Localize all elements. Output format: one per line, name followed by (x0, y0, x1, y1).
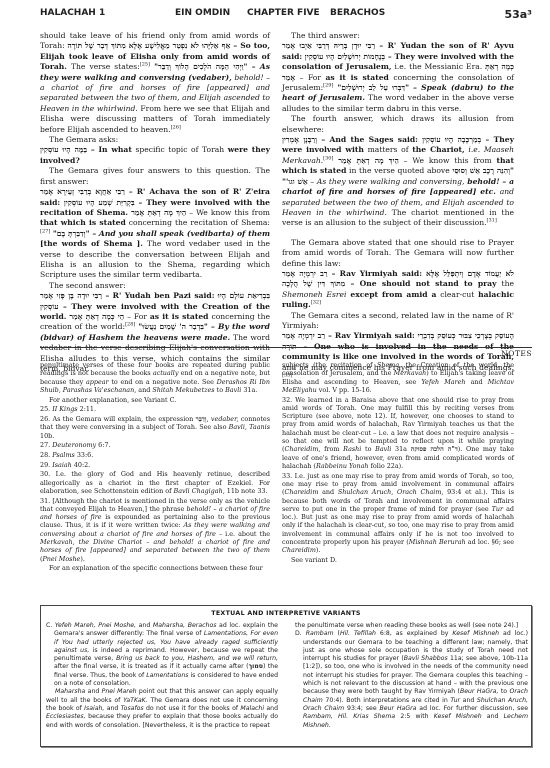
note-ref[interactable]: [27] (40, 228, 50, 234)
paragraph: בַּמֶּה הָיוּ עוֹסְקִין – In what specif… (40, 145, 270, 166)
note-ref[interactable]: [28] (125, 322, 135, 328)
header-halachah: HALACHAH 1 (40, 8, 105, 18)
hebrew-text: רַב יִרְמְיָה אָמַר (282, 331, 325, 340)
paragraph: The Gemara gives four answers to this qu… (40, 166, 270, 187)
header-chapter: CHAPTER FIVE (247, 8, 320, 18)
variant-c: C. Yefeh Mareh, Pnei Moshe, and Maharsha… (46, 622, 278, 688)
note-33: 33. I.e. just as one may rise to pray fr… (282, 472, 514, 555)
variants-left-column: C. Yefeh Mareh, Pnei Moshe, and Maharsha… (46, 622, 278, 730)
notes-heading: NOTES (501, 349, 532, 358)
hebrew-text: "וַיְהִי הֵמָּה הֹלְכִים הָלוֹךְ וְדַבֵּ… (154, 62, 247, 71)
paragraph-gap (282, 229, 514, 238)
hebrew-text: בַּמֶּה הָיוּ עוֹסְקִין (40, 145, 87, 154)
textual-variants-box: TEXTUAL AND INTERPRETIVE VARIANTS C. Yef… (40, 605, 532, 747)
notes-divider (40, 347, 532, 348)
hebrew-text: בְּמַרְכָּבָה הָיוּ עוֹסְקִין (422, 135, 481, 144)
hebrew-text: רַב יִרְמְיָה אָמַר (282, 269, 327, 278)
note-continuation: For another explanation, see Variant C. (40, 396, 270, 404)
hebrew-text: וְרַבָּנָן אָמְרִין (282, 135, 317, 144)
hebrew-text: "וְדִבַּרְתָּ בָּם" (53, 229, 90, 238)
hebrew-text: רַבִּי יוּדָה בֶּן פָּזִי אָמַר (40, 291, 102, 300)
notes-left-column: penultimate verses of these four books a… (40, 361, 270, 574)
note-ref[interactable]: [29] (323, 83, 333, 89)
note-continuation: subjects (the recitation of Shema, the C… (282, 361, 514, 394)
note-30: 30. I.e. the glory of God and His heaven… (40, 470, 270, 495)
main-text-left-column: should take leave of his friend only fro… (40, 31, 270, 374)
hebrew-text: בִּקְרִיַּת שְׁמַע הָיוּ עוֹסְקִין (64, 198, 135, 207)
paragraph: רַבִּי יוּדָן בְּרֵיהּ דְּרַבִּי אַיְבוּ… (282, 41, 514, 114)
paragraph: The Gemara above stated that one should … (282, 238, 514, 269)
paragraph: רַב יִרְמְיָה אָמַר – Rav Yirmiyah said:… (282, 269, 514, 311)
note-31: 31. [Although the chariot is mentioned i… (40, 497, 270, 563)
note-25: 25. II Kings 2:11. (40, 405, 270, 413)
hebrew-text: "דַּבְּרוּ עַל לֵב יְרוּשָׁלַיִם" (337, 83, 409, 92)
hebrew-text: אַף אֵלִיָּהוּ לֹא נִפְטַר מֵאֱלִישָׁע א… (67, 41, 230, 50)
hebrew-text: הֵיךְ מָה דְאַתְּ אָמַר (338, 156, 399, 165)
paragraph: The Gemara asks: (40, 135, 270, 145)
note-29: 29. Isaiah 40:2. (40, 461, 270, 469)
note-ref[interactable]: [32] (311, 300, 321, 306)
note-26: 26. As the Gemara will explain, the expr… (40, 415, 270, 440)
paragraph: The second answer: (40, 281, 270, 291)
variants-right-column: the penultimate verse when reading these… (295, 622, 528, 730)
paragraph: וְרַבָּנָן אָמְרִין – And the Sages said… (282, 135, 514, 229)
main-text-right-column: The third answer: רַבִּי יוּדָן בְּרֵיהּ… (282, 31, 514, 383)
note-continuation: penultimate verses of these four books a… (40, 361, 270, 394)
note-ref[interactable]: [30] (323, 155, 333, 161)
note-ref[interactable]: [25] (140, 62, 150, 68)
variant-c-end: the penultimate verse when reading these… (295, 622, 528, 630)
note-ref[interactable]: [31] (487, 218, 497, 224)
note-33-see-variant: See variant D. (282, 556, 514, 564)
paragraph: The third answer: (282, 31, 514, 41)
hebrew-text: הֵיךְ מָה דְאַתְּ אָמַר (131, 208, 186, 217)
hebrew-text: הֵי כְּמָה דְאַתְּ אָמַר (69, 312, 124, 321)
note-27: 27. Deuteronomy 6:7. (40, 441, 270, 449)
page-number: 53a³ (504, 8, 532, 21)
variants-heading: TEXTUAL AND INTERPRETIVE VARIANTS (41, 610, 531, 617)
paragraph: The Gemara cites a second, related law i… (282, 311, 514, 332)
hebrew-text: רַבִּי אַחֲוָא בְּרַבִּי זְעֵירָא אָמַר (40, 187, 125, 196)
header-tractate: BERACHOS (330, 8, 385, 18)
note-31-continuation: For an explanation of the specific conne… (40, 564, 270, 572)
paragraph: רַבִּי אַחֲוָא בְּרַבִּי זְעֵירָא אָמַר … (40, 187, 270, 281)
running-header: HALACHAH 1 EIN OMDIN CHAPTER FIVE BERACH… (40, 8, 532, 22)
hebrew-text: "בִּדְבַר ה' שָׁמַיִם נַעֲשׂוּ" (138, 322, 208, 331)
paragraph: should take leave of his friend only fro… (40, 31, 270, 135)
variant-c-continuation: Maharsha and Pnei Mareh point out that t… (46, 688, 278, 729)
variant-d: D. Rambam (Hil. Tefillah 6:8, as explain… (295, 630, 528, 730)
note-ref[interactable]: [26] (171, 124, 181, 130)
paragraph: The fourth answer, which draws its allus… (282, 114, 514, 135)
hebrew-text: בְּנֶחָמוֹת יְרוּשָׁלַיִם הָיוּ עוֹסְקִי… (305, 52, 385, 61)
hebrew-text: רַבִּי יוּדָן בְּרֵיהּ דְּרַבִּי אַיְבוּ… (282, 41, 375, 50)
header-ein-omdin: EIN OMDIN (175, 8, 230, 18)
notes-right-column: subjects (the recitation of Shema, the C… (282, 361, 514, 566)
note-28: 28. Psalms 33:6. (40, 451, 270, 459)
note-32: 32. We learned in a Baraisa above that o… (282, 396, 514, 471)
